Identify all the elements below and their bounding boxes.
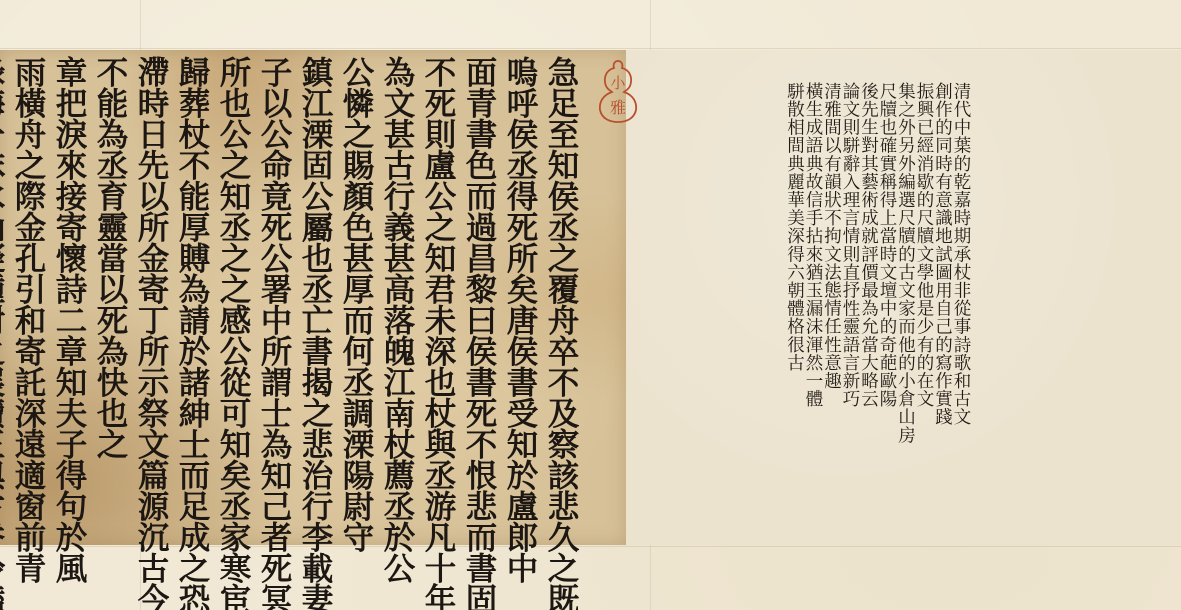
letter-column: 章把淚來接寄懷詩二章知夫子得句於風 [49,56,90,546]
letter-column: 公憐之賜顏色甚厚而何丞調溧陽尉守 [336,56,377,546]
letter-column: 鎮江溧固公屬也丞亡書揭之悲治行李載妻 [295,56,336,546]
commentary-column: 清代中葉的乾嘉時期承杖非從事詩歌和古文 [952,82,971,444]
letter-text-block: 急足至知侯丞之覆舟卒不及察該悲久之既而 嗚呼侯丞得死所矣唐侯書受知於盧郎中 面青… [0,56,582,546]
letter-column: 急足至知侯丞之覆舟卒不及察該悲久之既而 [541,56,582,546]
letter-column: 不能為丞育靈當以死為快也之 [90,56,131,546]
letter-column: 子以公命竟死公署中所謂士為知己者死冥 [254,56,295,546]
mount-band-top [0,48,1181,49]
commentary-column: 創作的同時有意識地試圖用自己的寫作實踐 [933,82,952,444]
commentary-paper-panel: 清代中葉的乾嘉時期承杖非從事詩歌和古文 創作的同時有意識地試圖用自己的寫作實踐 … [620,50,1181,545]
letter-column: 歸葬杖不能厚賻為請於諸紳士而足成之恐 [172,56,213,546]
letter-column: 滯時日先以所金寄丁所示祭文篇源沉古今人 [131,56,172,546]
letter-column: 綠梅一抹水仙凝種對之展讀正與古香冷豔 [0,56,8,546]
commentary-text-block: 清代中葉的乾嘉時期承杖非從事詩歌和古文 創作的同時有意識地試圖用自己的寫作實踐 … [785,82,970,444]
letter-column: 為文甚古行義甚高落魄江南杖薦丞於公 [377,56,418,546]
commentary-column: 駢散相間典麗華美深得六朝體格很古 [785,82,804,444]
commentary-column: 後先生對其藝術成就評價最為允當大略云 [859,82,878,444]
commentary-column: 振興已經消歇的尺牘文學他是少有的在文 [915,82,934,444]
letter-column: 雨橫舟之際金孔引和寄託深遠適窗前青 [8,56,49,546]
letter-column: 不死則盧公之知君未深也杖與丞游凡十年丞 [418,56,459,546]
letter-column: 面青書色而過昌黎曰侯書死不恨悲而書固 [459,56,500,546]
letter-column: 所也公之知丞之之感公從可知矣丞家寒宦羇 [213,56,254,546]
commentary-column: 尺牘也確實稱得上當時文壇中的奇葩歐陽 [878,82,897,444]
svg-text:小: 小 [610,74,626,92]
red-gourd-seal-icon: 小 雅 [596,58,640,124]
commentary-column: 集之外另外編選尺牘的古文家而他的小倉山房 [896,82,915,444]
aged-letter-paper-panel: 急足至知侯丞之覆舟卒不及察該悲久之既而 嗚呼侯丞得死所矣唐侯書受知於盧郎中 面青… [0,50,626,545]
commentary-column: 橫生成語典故信手拈來猶玉漏沫渾然一體 [804,82,823,444]
svg-text:雅: 雅 [610,98,626,117]
commentary-column: 清雅間以有韻狀不拘文法態情任性意趣 [822,82,841,444]
commentary-column: 論文則駢辭入理言情則直抒性靈語言新巧 [841,82,860,444]
letter-column: 嗚呼侯丞得死所矣唐侯書受知於盧郎中 [500,56,541,546]
